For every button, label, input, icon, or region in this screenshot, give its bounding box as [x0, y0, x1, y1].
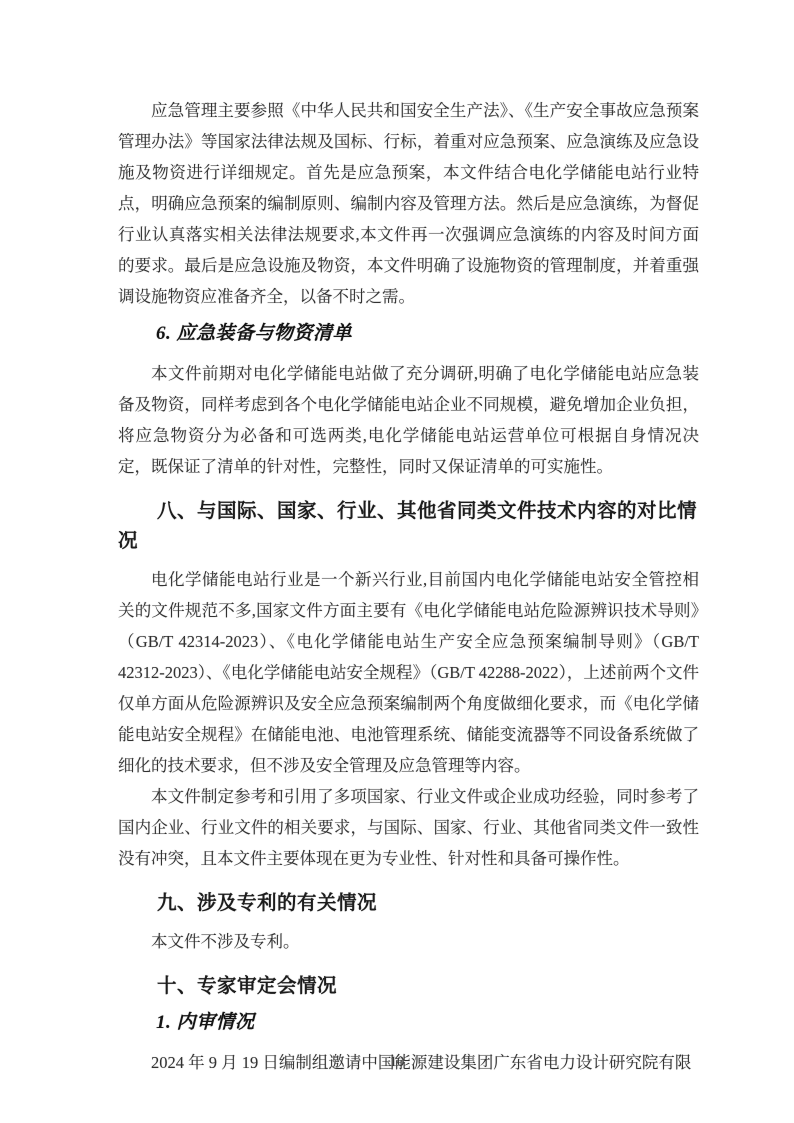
page-footer: 10: [0, 1054, 794, 1071]
heading-internal-review: 1. 内审情况: [118, 1009, 699, 1037]
paragraph-emergency-management: 应急管理主要参照《中华人民共和国安全生产法》、《生产安全事故应急预案管理办法》等…: [118, 95, 699, 312]
page-number: 10: [390, 1054, 405, 1070]
paragraph-equipment-research: 本文件前期对电化学储能电站做了充分调研,明确了电化学储能电站应急装备及物资，同样…: [118, 358, 699, 482]
heading-emergency-equipment-list: 6. 应急装备与物资清单: [118, 320, 699, 348]
paragraph-no-patents: 本文件不涉及专利。: [118, 926, 699, 957]
paragraph-industry-standards: 电化学储能电站行业是一个新兴行业,目前国内电化学储能电站安全管控相关的文件规范不…: [118, 564, 699, 781]
document-content: 应急管理主要参照《中华人民共和国安全生产法》、《生产安全事故应急预案管理办法》等…: [118, 95, 699, 1078]
heading-section-9-patents: 九、涉及专利的有关情况: [118, 888, 699, 918]
heading-section-8-comparison: 八、与国际、国家、行业、其他省同类文件技术内容的对比情况: [118, 496, 699, 556]
document-page: 应急管理主要参照《中华人民共和国安全生产法》、《生产安全事故应急预案管理办法》等…: [0, 0, 794, 1123]
paragraph-reference-documents: 本文件制定参考和引用了多项国家、行业文件或企业成功经验，同时参考了国内企业、行业…: [118, 781, 699, 874]
heading-section-10-expert-review: 十、专家审定会情况: [118, 971, 699, 1001]
